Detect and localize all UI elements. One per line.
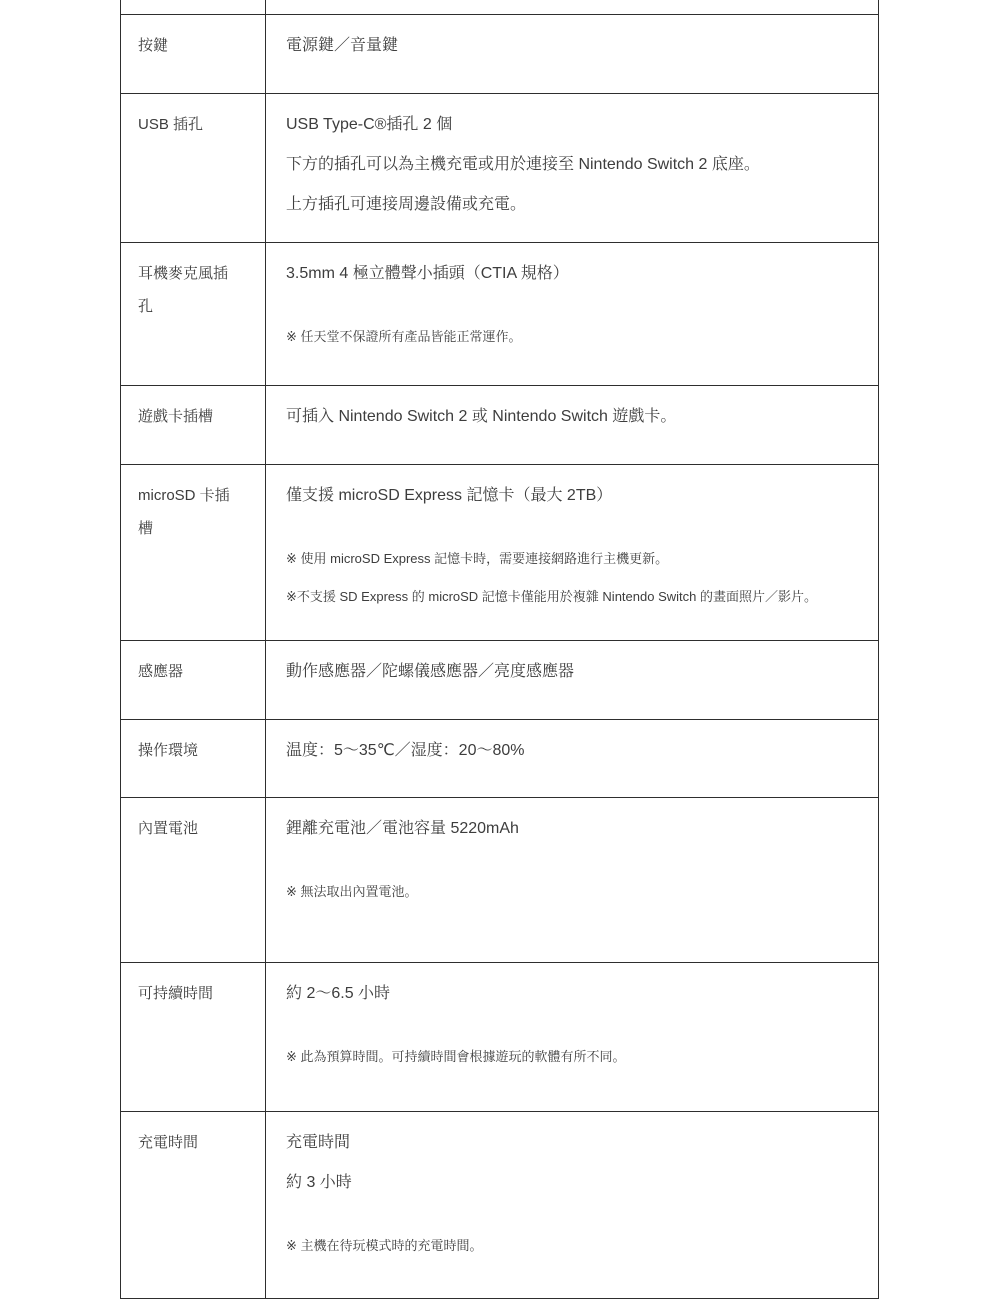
spec-label: 遊戲卡插槽 (138, 400, 240, 433)
spec-note-line: ※不支援 SD Express 的 microSD 記憶卡僅能用於複雜 Nint… (286, 587, 872, 606)
spec-label: 內置電池 (138, 812, 240, 845)
spec-value-cell: 充電時間約 3 小時※ 主機在待玩模式時的充電時間。 (265, 1112, 878, 1298)
spec-note-line: ※ 使用 microSD Express 記憶卡時，需要連接網路進行主機更新。 (286, 549, 872, 568)
spec-value-line: USB Type-C®插孔 2 個 (286, 113, 872, 136)
table-row: 按鍵電源鍵／音量鍵 (120, 15, 878, 94)
table-row: 操作環境温度：5～35℃／湿度：20～80% (120, 720, 878, 798)
spec-label: 充電時間 (138, 1126, 240, 1159)
spec-value-cell: 3.5mm 4 極立體聲小插頭（CTIA 規格）※ 任天堂不保證所有產品皆能正常… (265, 243, 878, 385)
spec-value-line: 充電時間 (286, 1131, 872, 1154)
spec-value-line: 温度：5～35℃／湿度：20～80% (286, 739, 872, 762)
spec-value-line: 動作感應器／陀螺儀感應器／亮度感應器 (286, 660, 872, 683)
spec-label-cell: 遊戲卡插槽 (120, 386, 265, 464)
spec-label-cell: 可持續時間 (120, 963, 265, 1111)
spec-value-cell: 約 2～6.5 小時※ 此為預算時間。可持續時間會根據遊玩的軟體有所不同。 (265, 963, 878, 1111)
spec-label-cell: 內置電池 (120, 798, 265, 962)
spec-value-line: 約 2～6.5 小時 (286, 982, 872, 1005)
spec-label-cell: 操作環境 (120, 720, 265, 797)
spec-value-line: 電源鍵／音量鍵 (286, 34, 872, 57)
spec-label: 按鍵 (138, 29, 240, 62)
spec-label-cell (120, 0, 265, 14)
table-row-partial (120, 0, 878, 15)
spec-value-cell: USB Type-C®插孔 2 個下方的插孔可以為主機充電或用於連接至 Nint… (265, 94, 878, 242)
spec-value-cell (265, 0, 878, 15)
spec-value-cell: 温度：5～35℃／湿度：20～80% (265, 720, 878, 797)
spec-label-cell: 耳機麥克風插孔 (120, 243, 265, 385)
spec-value-line: 可插入 Nintendo Switch 2 或 Nintendo Switch … (286, 405, 872, 428)
spec-label-cell: USB 插孔 (120, 94, 265, 242)
spec-value-line: 鋰離充電池／電池容量 5220mAh (286, 817, 872, 840)
spec-table: 按鍵電源鍵／音量鍵USB 插孔USB Type-C®插孔 2 個下方的插孔可以為… (120, 0, 879, 1299)
spec-value-cell: 電源鍵／音量鍵 (265, 15, 878, 93)
table-row: USB 插孔USB Type-C®插孔 2 個下方的插孔可以為主機充電或用於連接… (120, 94, 878, 243)
spec-label-cell: 充電時間 (120, 1112, 265, 1298)
spec-label: 操作環境 (138, 734, 240, 767)
spec-value-cell: 鋰離充電池／電池容量 5220mAh※ 無法取出內置電池。 (265, 798, 878, 962)
spec-label: 感應器 (138, 655, 240, 688)
page: 按鍵電源鍵／音量鍵USB 插孔USB Type-C®插孔 2 個下方的插孔可以為… (0, 0, 1000, 1313)
spec-value-line: 僅支援 microSD Express 記憶卡（最大 2TB） (286, 484, 872, 507)
spec-value-cell: 可插入 Nintendo Switch 2 或 Nintendo Switch … (265, 386, 878, 464)
spec-note-line: ※ 任天堂不保證所有產品皆能正常運作。 (286, 327, 872, 346)
spec-value-line: 下方的插孔可以為主機充電或用於連接至 Nintendo Switch 2 底座。 (286, 153, 872, 176)
table-row: 可持續時間約 2～6.5 小時※ 此為預算時間。可持續時間會根據遊玩的軟體有所不… (120, 963, 878, 1112)
spec-label-cell: microSD 卡插槽 (120, 465, 265, 640)
spec-value-line: 3.5mm 4 極立體聲小插頭（CTIA 規格） (286, 262, 872, 285)
spec-note-line: ※ 無法取出內置電池。 (286, 882, 872, 901)
table-row: 內置電池鋰離充電池／電池容量 5220mAh※ 無法取出內置電池。 (120, 798, 878, 963)
spec-label: 耳機麥克風插孔 (138, 257, 240, 323)
spec-label: microSD 卡插槽 (138, 479, 240, 545)
spec-label-cell: 感應器 (120, 641, 265, 719)
table-row: 遊戲卡插槽可插入 Nintendo Switch 2 或 Nintendo Sw… (120, 386, 878, 465)
table-row: 充電時間充電時間約 3 小時※ 主機在待玩模式時的充電時間。 (120, 1112, 878, 1299)
table-row: 感應器動作感應器／陀螺儀感應器／亮度感應器 (120, 641, 878, 720)
spec-value-line: 上方插孔可連接周邊設備或充電。 (286, 193, 872, 216)
spec-label: 可持續時間 (138, 977, 240, 1010)
spec-value-cell: 動作感應器／陀螺儀感應器／亮度感應器 (265, 641, 878, 719)
table-row: microSD 卡插槽僅支援 microSD Express 記憶卡（最大 2T… (120, 465, 878, 641)
spec-label: USB 插孔 (138, 108, 240, 141)
spec-note-line: ※ 此為預算時間。可持續時間會根據遊玩的軟體有所不同。 (286, 1047, 872, 1066)
spec-note-line: ※ 主機在待玩模式時的充電時間。 (286, 1236, 872, 1255)
spec-label-cell: 按鍵 (120, 15, 265, 93)
spec-value-line: 約 3 小時 (286, 1171, 872, 1194)
table-row: 耳機麥克風插孔3.5mm 4 極立體聲小插頭（CTIA 規格）※ 任天堂不保證所… (120, 243, 878, 386)
spec-value-cell: 僅支援 microSD Express 記憶卡（最大 2TB）※ 使用 micr… (265, 465, 878, 640)
